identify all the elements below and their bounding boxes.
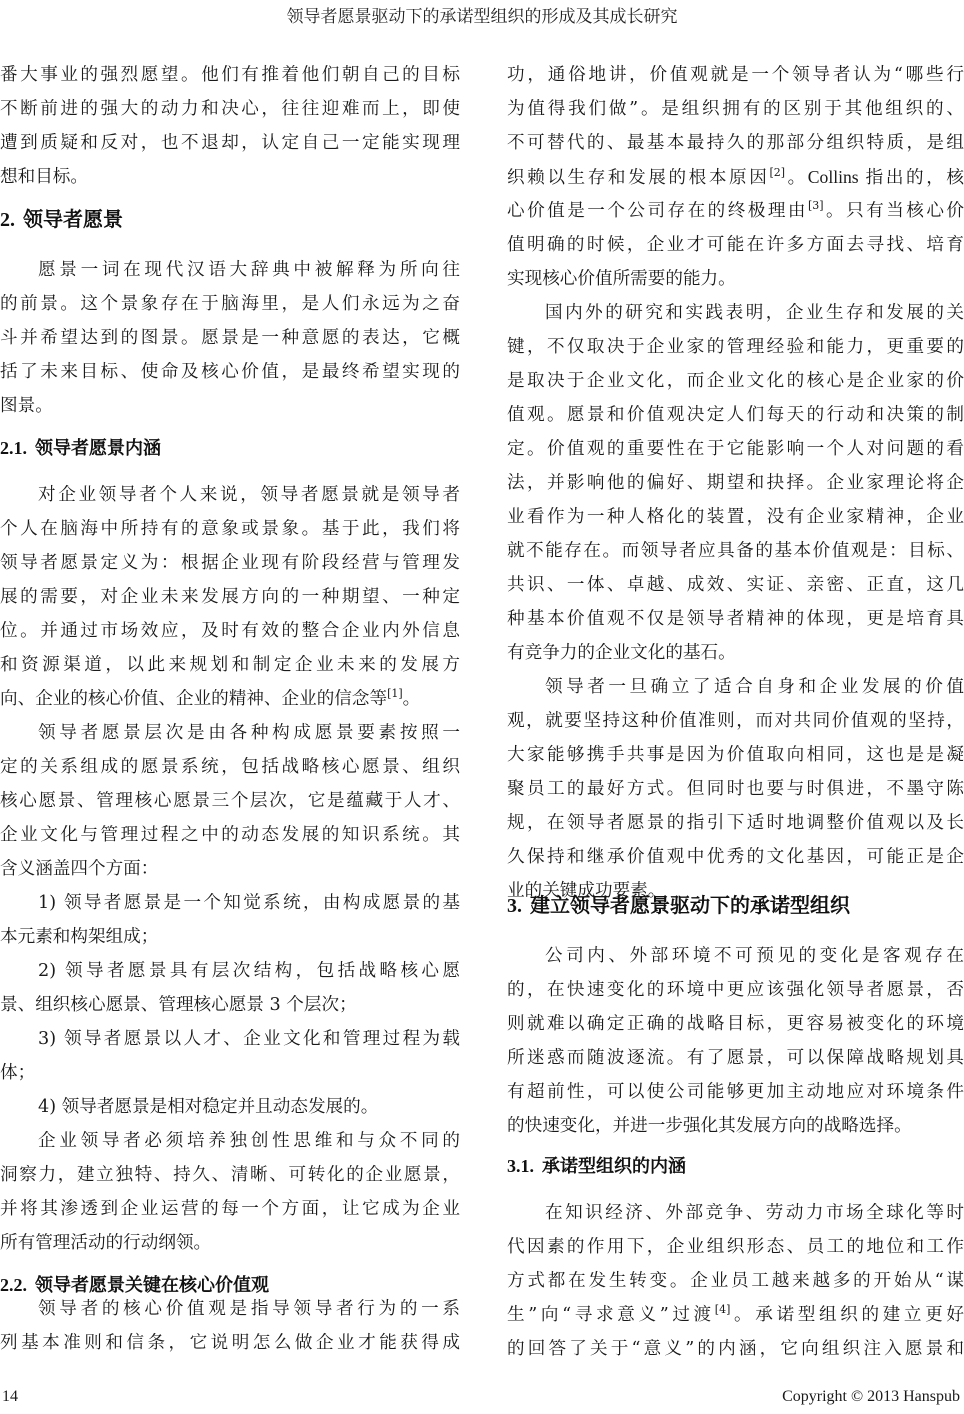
copyright: Copyright © 2013 Hanspub <box>782 1388 960 1406</box>
text-line: 有超前性，可以使公司能够更加主动地应对环境条件 <box>507 1075 964 1109</box>
text-line: 的前景。这个景象存在于脑海里，是人们永远为之奋 <box>0 287 460 321</box>
list-item-line: 3) 领导者愿景以人才、企业文化和管理过程为载 <box>0 1022 460 1056</box>
text-line: 个人在脑海中所持有的意象或景象。基于此，我们将 <box>0 512 460 546</box>
text-line: 含义涵盖四个方面： <box>0 852 460 886</box>
text-line: 愿景一词在现代汉语大辞典中被解释为所向往 <box>0 253 460 287</box>
text-line: 观，就要坚持这种价值准则，而对共同价值观的坚持， <box>507 704 964 738</box>
text-line: 不断前进的强大的动力和决心，往往迎难而上，即使 <box>0 92 460 126</box>
text-line: 种基本价值观不仅是领导者精神的体现，更是培育具 <box>507 602 964 636</box>
text-line: 括了未来目标、使命及核心价值，是最终希望实现的 <box>0 355 460 389</box>
text-line: 领导者一旦确立了适合自身和企业发展的价值 <box>507 670 964 704</box>
text-line: 洞察力，建立独特、持久、清晰、可转化的企业愿景， <box>0 1158 460 1192</box>
text-line: 想和目标。 <box>0 160 460 194</box>
section-heading-3-1: 3.1.承诺型组织的内涵 <box>507 1152 686 1181</box>
text-line: 键，不仅取决于企业家的管理经验和能力，更重要的 <box>507 330 964 364</box>
section-heading-2: 2.领导者愿景 <box>0 204 123 235</box>
text-line: 定。价值观的重要性在于它能影响一个人对问题的看 <box>507 432 964 466</box>
text-line: 展的需要，对企业未来发展方向的一种期望、一种定 <box>0 580 460 614</box>
section-heading-3: 3.建立领导者愿景驱动下的承诺型组织 <box>507 890 850 921</box>
citation[interactable]: [4] <box>715 1303 731 1316</box>
text-line: 则就难以确定正确的战略目标，更容易被变化的环境 <box>507 1007 964 1041</box>
citation[interactable]: [3] <box>808 199 824 212</box>
list-item-line: 景、组织核心愿景、管理核心愿景 3 个层次； <box>0 988 460 1022</box>
text-line: 企业领导者必须培养独创性思维和与众不同的 <box>0 1124 460 1158</box>
text-line: 法，并影响他的偏好、期望和抉择。企业家理论将企 <box>507 466 964 500</box>
text-line: 遭到质疑和反对，也不退却，认定自己一定能实现理 <box>0 126 460 160</box>
text-line: 所迷惑而随波逐流。有了愿景，可以保障战略规划具 <box>507 1041 964 1075</box>
text-line: 生”向“寻求意义”过渡[4]。承诺型组织的建立更好 <box>507 1298 964 1332</box>
list-item-line: 4) 领导者愿景是相对稳定并且动态发展的。 <box>0 1090 460 1124</box>
text-line: 值明确的时候，企业才可能在许多方面去寻找、培育 <box>507 228 964 262</box>
running-title: 领导者愿景驱动下的承诺型组织的形成及其成长研究 <box>0 2 964 27</box>
text-line: 为值得我们做”。是组织拥有的区别于其他组织的、 <box>507 92 964 126</box>
text-line: 图景。 <box>0 389 460 423</box>
text-line: 的快速变化，并进一步强化其发展方向的战略选择。 <box>507 1109 964 1143</box>
text-line: 对企业领导者个人来说，领导者愿景就是领导者 <box>0 478 460 512</box>
section-heading-2-1: 2.1.领导者愿景内涵 <box>0 434 161 463</box>
text-line: 方式都在发生转变。企业员工越来越多的开始从“谋 <box>507 1264 964 1298</box>
text-line: 国内外的研究和实践表明，企业生存和发展的关 <box>507 296 964 330</box>
text-line: 规，在领导者愿景的指引下适时地调整价值观以及长 <box>507 806 964 840</box>
text-line: 核心愿景、管理核心愿景三个层次，它是蕴藏于人才、 <box>0 784 460 818</box>
text-line: 领导者愿景层次是由各种构成愿景要素按照一 <box>0 716 460 750</box>
citation[interactable]: [1] <box>387 687 403 700</box>
text-line: 和资源渠道，以此来规划和制定企业未来的发展方 <box>0 648 460 682</box>
text-line: 实现核心价值所需要的能力。 <box>507 262 964 296</box>
text-line: 所有管理活动的行动纲领。 <box>0 1226 460 1260</box>
text-line: 定的关系组成的愿景系统，包括战略核心愿景、组织 <box>0 750 460 784</box>
text-line: 斗并希望达到的图景。愿景是一种意愿的表达，它概 <box>0 321 460 355</box>
text-line: 位。并通过市场效应，及时有效的整合企业内外信息 <box>0 614 460 648</box>
text-line: 公司内、外部环境不可预见的变化是客观存在 <box>507 939 964 973</box>
text-line: 代因素的作用下，企业组织形态、员工的地位和工作 <box>507 1230 964 1264</box>
text-line: 的，在快速变化的环境中更应该强化领导者愿景，否 <box>507 973 964 1007</box>
text-line: 心价值是一个公司存在的终极理由[3]。只有当核心价 <box>507 194 964 228</box>
text-line: 聚员工的最好方式。但同时也要与时俱进，不墨守陈 <box>507 772 964 806</box>
text-line: 并将其渗透到企业运营的每一个方面，让它成为企业 <box>0 1192 460 1226</box>
page-number: 14 <box>2 1388 18 1406</box>
text-line: 就不能存在。而领导者应具备的基本价值观是：目标、 <box>507 534 964 568</box>
list-item-line: 1) 领导者愿景是一个知觉系统，由构成愿景的基 <box>0 886 460 920</box>
text-line: 领导者的核心价值观是指导领导者行为的一系 <box>0 1292 460 1326</box>
text-line: 在知识经济、外部竞争、劳动力市场全球化等时 <box>507 1196 964 1230</box>
text-line: 织赖以生存和发展的根本原因[2]。Collins 指出的，核 <box>507 160 964 194</box>
text-line: 不可替代的、最基本最持久的那部分组织特质，是组 <box>507 126 964 160</box>
citation[interactable]: [2] <box>769 166 785 179</box>
text-line: 领导者愿景定义为：根据企业现有阶段经营与管理发 <box>0 546 460 580</box>
text-line: 企业文化与管理过程之中的动态发展的知识系统。其 <box>0 818 460 852</box>
list-item-line: 本元素和构架组成； <box>0 920 460 954</box>
text-line: 共识、一体、卓越、成效、实证、亲密、正直，这几 <box>507 568 964 602</box>
text-line: 番大事业的强烈愿望。他们有推着他们朝自己的目标 <box>0 58 460 92</box>
text-line: 业看作为一种人格化的装置，没有企业家精神，企业 <box>507 500 964 534</box>
text-line: 久保持和继承价值观中优秀的文化基因，可能正是企 <box>507 840 964 874</box>
text-line: 列基本准则和信条，它说明怎么做企业才能获得成 <box>0 1326 460 1360</box>
text-line: 大家能够携手共事是因为价值取向相同，这也是是凝 <box>507 738 964 772</box>
text-line: 有竞争力的企业文化的基石。 <box>507 636 964 670</box>
list-item-line: 2) 领导者愿景具有层次结构，包括战略核心愿 <box>0 954 460 988</box>
list-item-line: 体； <box>0 1056 460 1090</box>
text-line: 的回答了关于“意义”的内涵，它向组织注入愿景和 <box>507 1332 964 1366</box>
text-line: 值观。愿景和价值观决定人们每天的行动和决策的制 <box>507 398 964 432</box>
text-line: 功，通俗地讲，价值观就是一个领导者认为“哪些行 <box>507 58 964 92</box>
text-line: 是取决于企业文化，而企业文化的核心是企业家的价 <box>507 364 964 398</box>
text-line: 向、企业的核心价值、企业的精神、企业的信念等[1]。 <box>0 682 460 716</box>
